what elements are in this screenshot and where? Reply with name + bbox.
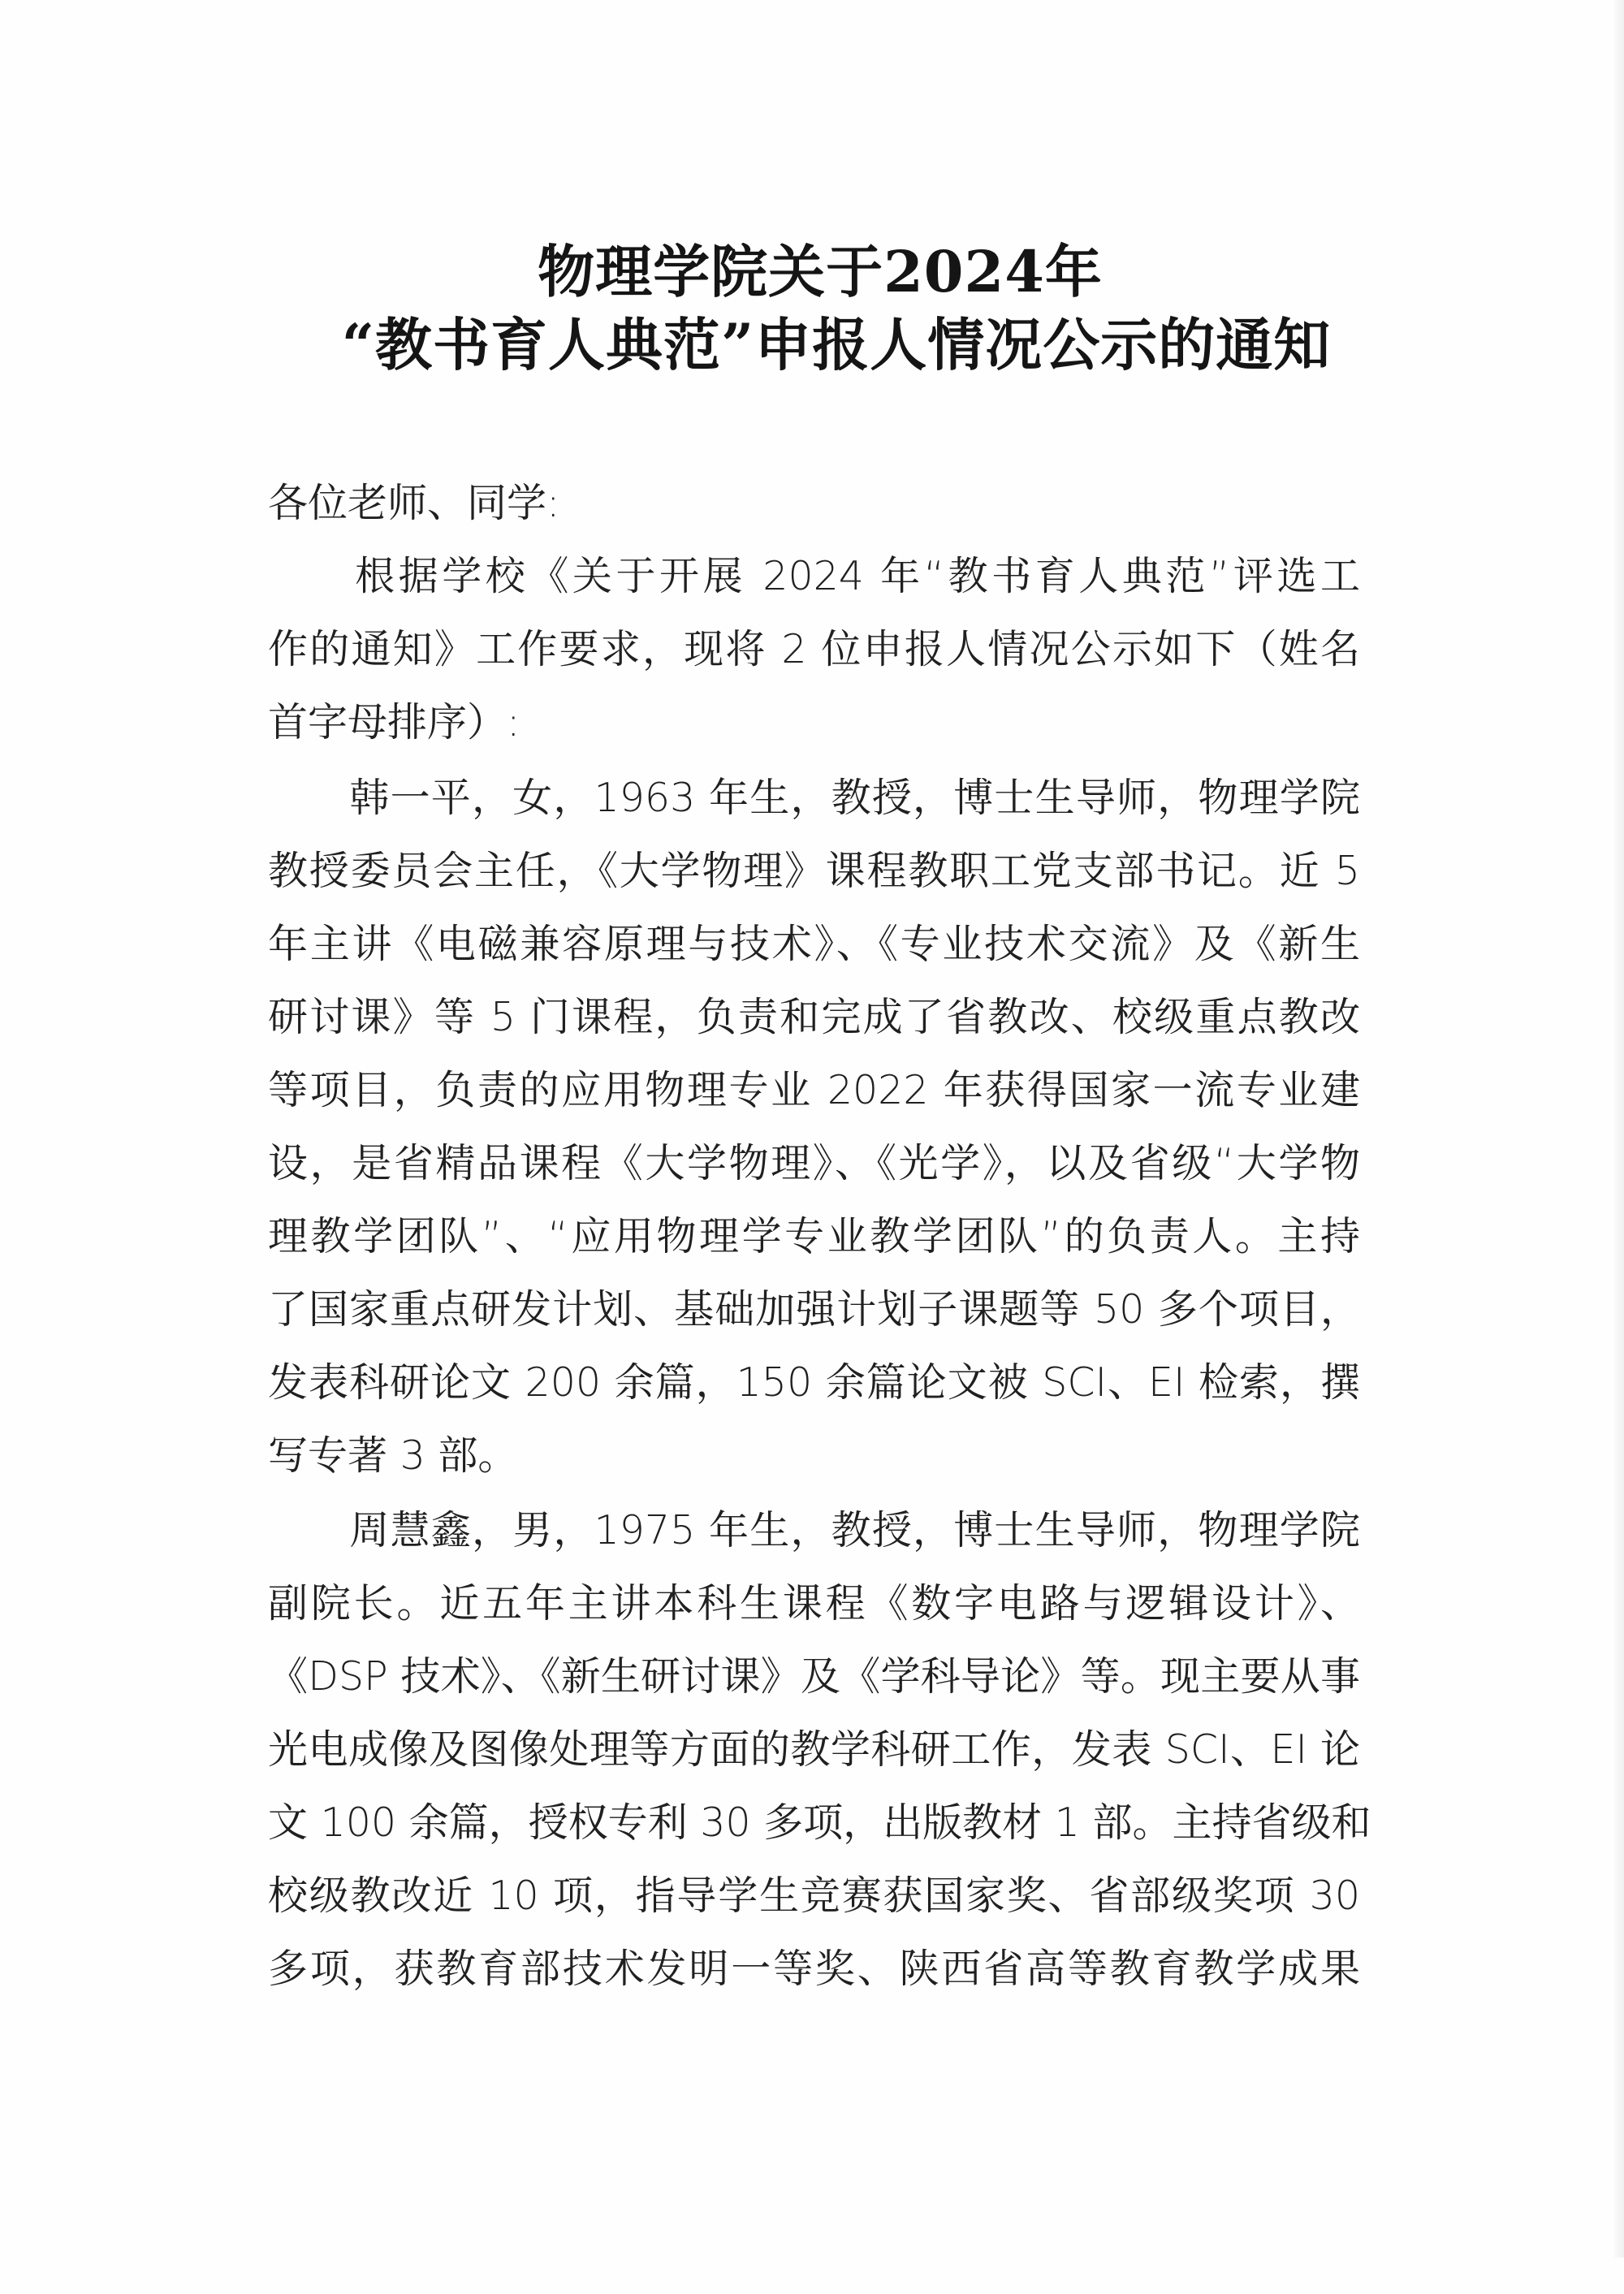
paragraph-2-line-6: 设，是省精品课程《大学物理》、《光学》，以及省级“大学物 bbox=[268, 1127, 1360, 1200]
paragraph-2-line-8: 了国家重点研发计划、基础加强计划子课题等 50 多个项目， bbox=[268, 1273, 1360, 1346]
paragraph-2-line-7: 理教学团队”、“应用物理学专业教学团队”的负责人。主持 bbox=[268, 1200, 1360, 1273]
paragraph-2-line-10: 写专著 3 部。 bbox=[268, 1419, 1360, 1493]
paragraph-3-line-6: 校级教改近 10 项，指导学生竞赛获国家奖、省部级奖项 30 bbox=[268, 1860, 1360, 1933]
paragraph-2-line-5: 等项目，负责的应用物理专业 2022 年获得国家一流专业建 bbox=[268, 1054, 1360, 1127]
title-line-1: 物理学院关于2024年 bbox=[8, 235, 1624, 309]
paragraph-3-line-7: 多项，获教育部技术发明一等奖、陕西省高等教育教学成果 bbox=[268, 1933, 1360, 2006]
paragraph-2-line-4: 研讨课》等 5 门课程，负责和完成了省教改、校级重点教改 bbox=[268, 981, 1360, 1054]
paragraph-3-line-5: 文 100 余篇，授权专利 30 多项，出版教材 1 部。主持省级和 bbox=[268, 1786, 1360, 1860]
paragraph-3-line-3: 《DSP 技术》、《新生研讨课》及《学科导论》等。现主要从事 bbox=[268, 1640, 1360, 1713]
paragraph-2-line-2: 教授委员会主任，《大学物理》课程教职工党支部书记。近 5 bbox=[268, 835, 1360, 908]
paragraph-1-line-2: 作的通知》工作要求，现将 2 位申报人情况公示如下（姓名 bbox=[268, 613, 1360, 686]
paragraph-3-line-2: 副院长。近五年主讲本科生课程《数字电路与逻辑设计》、 bbox=[268, 1567, 1360, 1640]
paragraph-3-line-4: 光电成像及图像处理等方面的教学科研工作，发表 SCI、EI 论 bbox=[268, 1713, 1360, 1786]
paragraph-3-line-1: 周慧鑫，男，1975 年生，教授，博士生导师，物理学院 bbox=[268, 1494, 1360, 1567]
salutation: 各位老师、同学: bbox=[268, 467, 1360, 540]
document-page: 物理学院关于2024年 “教书育人典范”申报人情况公示的通知 各位老师、同学: … bbox=[0, 0, 1624, 2294]
title-line-2: “教书育人典范”申报人情况公示的通知 bbox=[24, 309, 1624, 382]
paragraph-2-line-3: 年主讲《电磁兼容原理与技术》、《专业技术交流》及《新生 bbox=[268, 908, 1360, 981]
paragraph-1-line-3: 首字母排序）: bbox=[268, 686, 1360, 759]
paragraph-2-line-1: 韩一平，女，1963 年生，教授，博士生导师，物理学院 bbox=[268, 762, 1360, 835]
paragraph-1-line-1: 根据学校《关于开展 2024 年“教书育人典范”评选工 bbox=[268, 540, 1360, 613]
paragraph-2-line-9: 发表科研论文 200 余篇，150 余篇论文被 SCI、EI 检索，撰 bbox=[268, 1346, 1360, 1419]
